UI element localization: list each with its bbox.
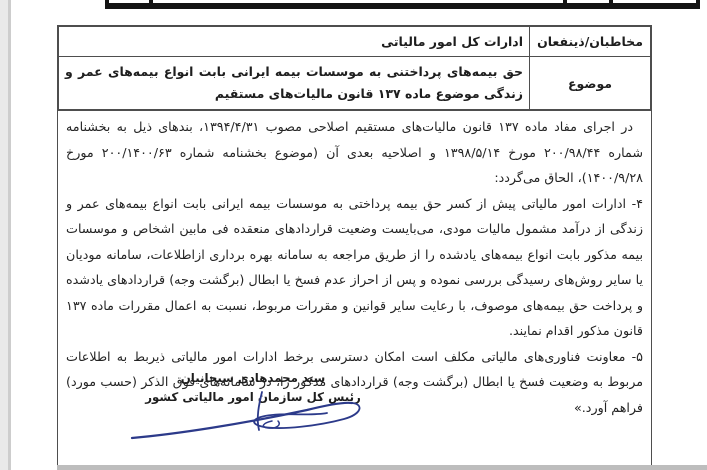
cutoff-table-cell-divider [105, 0, 109, 4]
addressee-label: مخاطبان/ذینفعان [529, 27, 650, 56]
cutoff-bottom-section-edge [57, 465, 707, 470]
cutoff-table-cell-divider [149, 0, 153, 4]
cutoff-table-cell-divider [563, 0, 567, 4]
intro-paragraph: در اجرای مفاد ماده ۱۳۷ قانون مالیات‌های … [66, 114, 643, 191]
scan-page-edge [0, 0, 8, 470]
cutoff-table-cell-divider [696, 0, 700, 4]
handwritten-signature [122, 390, 382, 450]
addressee-row: مخاطبان/ذینفعان ادارات کل امور مالیاتی [59, 27, 650, 56]
clause-4-paragraph: ۴- ادارات امور مالیاتی پیش از کسر حق بیم… [66, 191, 643, 344]
cutoff-table-cell-divider [609, 0, 613, 4]
addressee-value: ادارات کل امور مالیاتی [59, 27, 529, 56]
letter-header-table: مخاطبان/ذینفعان ادارات کل امور مالیاتی م… [57, 25, 652, 111]
scanned-letter-page: { "header_table": { "rows": [ { "label":… [0, 0, 707, 470]
subject-row: موضوع حق بیمه‌های پرداختنی به موسسات بیم… [59, 56, 650, 109]
subject-value: حق بیمه‌های پرداختنی به موسسات بیمه ایرا… [59, 57, 529, 109]
scan-page-edge-line [8, 0, 11, 470]
signer-name: سید محمدهادی سبحانیان [143, 369, 363, 388]
subject-label: موضوع [529, 57, 650, 109]
